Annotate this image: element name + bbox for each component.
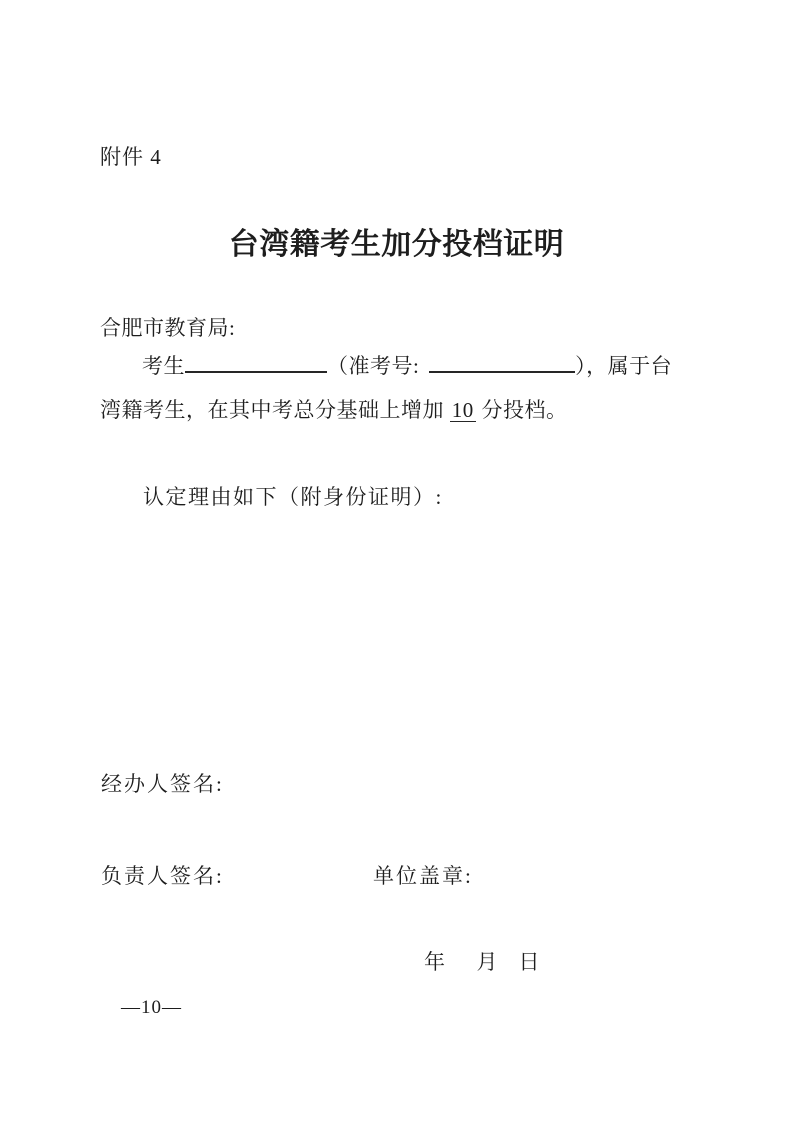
salutation: 合肥市教育局: bbox=[100, 312, 235, 342]
date-line: 年 月 日 bbox=[424, 946, 540, 976]
responsible-signature-label: 负责人签名: bbox=[101, 860, 224, 890]
document-page: 附件 4 台湾籍考生加分投档证明 合肥市教育局: 考生（准考号: ），属于台 湾… bbox=[0, 0, 793, 1122]
body-line-1: 考生（准考号: ），属于台 bbox=[142, 350, 672, 380]
ticket-number-label: （准考号: bbox=[327, 354, 425, 378]
unit-seal-label: 单位盖章: bbox=[373, 860, 473, 890]
body-line-2: 湾籍考生，在其中考总分基础上增加 10 分投档。 bbox=[100, 394, 568, 424]
body-line-1-suffix: ），属于台 bbox=[575, 354, 672, 378]
examinee-name-blank bbox=[185, 371, 327, 373]
handler-signature-label: 经办人签名: bbox=[101, 768, 224, 798]
reason-line: 认定理由如下（附身份证明）: bbox=[143, 481, 443, 511]
examinee-label: 考生 bbox=[142, 354, 185, 378]
body-line-2-prefix: 湾籍考生，在其中考总分基础上增加 bbox=[100, 398, 450, 422]
attachment-label: 附件 4 bbox=[100, 141, 162, 171]
body-line-2-suffix: 分投档。 bbox=[476, 398, 568, 422]
page-number: —10— bbox=[121, 997, 182, 1019]
document-title: 台湾籍考生加分投档证明 bbox=[0, 219, 793, 263]
ticket-number-blank bbox=[429, 371, 575, 373]
bonus-points-value: 10 bbox=[450, 399, 476, 422]
